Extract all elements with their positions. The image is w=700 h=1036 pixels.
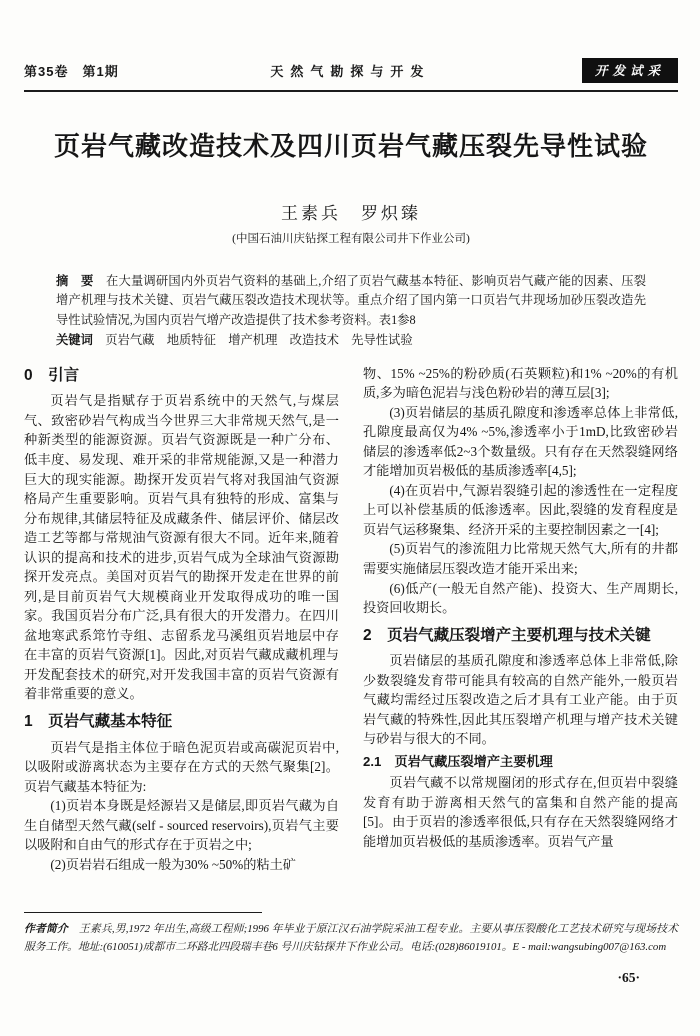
left-column: 0 引言 页岩气是指赋存于页岩系统中的天然气,与煤层气、致密砂岩气构成当今世界三… xyxy=(24,364,339,909)
journal-issue: 第35卷 第1期 xyxy=(24,61,119,80)
section-2-heading: 2 页岩气藏压裂增产主要机理与技术关键 xyxy=(363,625,678,647)
section-1-item-2-continuation: 物、15% ~25%的粉砂质(石英颗粒)和1% ~20%的有机质,多为暗色泥岩与… xyxy=(363,364,678,403)
section-2-1-heading: 2.1 页岩气藏压裂增产主要机理 xyxy=(363,753,678,771)
paper-page: 第35卷 第1期 天然气勘探与开发 开发试采 页岩气藏改造技术及四川页岩气藏压裂… xyxy=(0,0,700,1036)
keywords-text: 页岩气藏 地质特征 增产机理 改造技术 先导性试验 xyxy=(105,333,412,347)
affiliation: (中国石油川庆钻探工程有限公司井下作业公司) xyxy=(24,230,678,246)
authors: 王素兵 罗炽臻 xyxy=(24,199,678,224)
section-1-item-3: (3)页岩储层的基质孔隙度和渗透率总体上非常低,孔隙度最高仅为4% ~5%,渗透… xyxy=(363,403,678,481)
keywords-label: 关键词 xyxy=(56,333,93,347)
section-0-heading: 0 引言 xyxy=(24,365,339,387)
header-rule xyxy=(24,90,678,92)
abstract-text: 在大量调研国内外页岩气资料的基础上,介绍了页岩气藏基本特征、影响页岩气藏产能的因… xyxy=(56,274,646,327)
section-1-item-6: (6)低产(一般无自然产能)、投资大、生产周期长,投资回收期长。 xyxy=(363,579,678,618)
abstract-paragraph: 摘 要 在大量调研国内外页岩气资料的基础上,介绍了页岩气藏基本特征、影响页岩气藏… xyxy=(56,272,646,330)
section-1-item-5: (5)页岩气的渗流阻力比常规天然气大,所有的井都需要实施储层压裂改造才能开采出来… xyxy=(363,539,678,578)
section-2-paragraph: 页岩储层的基质孔隙度和渗透率总体上非常低,除少数裂缝发育带可能具有较高的自然产能… xyxy=(363,651,678,749)
right-column: 物、15% ~25%的粉砂质(石英颗粒)和1% ~20%的有机质,多为暗色泥岩与… xyxy=(363,364,678,909)
keywords-paragraph: 关键词 页岩气藏 地质特征 增产机理 改造技术 先导性试验 xyxy=(56,331,646,350)
article-title: 页岩气藏改造技术及四川页岩气藏压裂先导性试验 xyxy=(24,126,678,163)
column-tag-badge: 开发试采 xyxy=(582,58,678,83)
author-bio: 作者简介 王素兵,男,1972 年出生,高级工程师;1996 年毕业于原江汉石油… xyxy=(24,921,678,957)
footnote-rule xyxy=(24,912,262,913)
section-0-paragraph: 页岩气是指赋存于页岩系统中的天然气,与煤层气、致密砂岩气构成当今世界三大非常规天… xyxy=(24,391,339,704)
section-2-1-paragraph: 页岩气藏不以常规圈闭的形式存在,但页岩中裂缝发育有助于游离相天然气的富集和自然产… xyxy=(363,773,678,851)
section-1-item-1: (1)页岩本身既是烃源岩又是储层,即页岩气藏为自生自储型天然气藏(self - … xyxy=(24,796,339,855)
page-footer: 作者简介 王素兵,男,1972 年出生,高级工程师;1996 年毕业于原江汉石油… xyxy=(24,912,678,986)
abstract-block: 摘 要 在大量调研国内外页岩气资料的基础上,介绍了页岩气藏基本特征、影响页岩气藏… xyxy=(56,272,646,351)
abstract-label: 摘 要 xyxy=(56,274,93,288)
section-1-item-4: (4)在页岩中,气源岩裂缝引起的渗透性在一定程度上可以补偿基质的低渗透率。因此,… xyxy=(363,481,678,540)
journal-header: 第35卷 第1期 天然气勘探与开发 开发试采 xyxy=(24,58,678,83)
section-1-heading: 1 页岩气藏基本特征 xyxy=(24,711,339,733)
page-number: ·65· xyxy=(24,970,678,986)
section-1-item-2-left: (2)页岩岩石组成一般为30% ~50%的粘土矿 xyxy=(24,855,339,875)
author-bio-label: 作者简介 xyxy=(24,923,79,935)
journal-name: 天然气勘探与开发 xyxy=(119,61,582,80)
body-columns: 0 引言 页岩气是指赋存于页岩系统中的天然气,与煤层气、致密砂岩气构成当今世界三… xyxy=(24,364,678,909)
author-bio-text: 王素兵,男,1972 年出生,高级工程师;1996 年毕业于原江汉石油学院采油工… xyxy=(24,923,678,953)
section-1-paragraph: 页岩气是指主体位于暗色泥页岩或高碳泥页岩中,以吸附或游离状态为主要存在方式的天然… xyxy=(24,738,339,797)
